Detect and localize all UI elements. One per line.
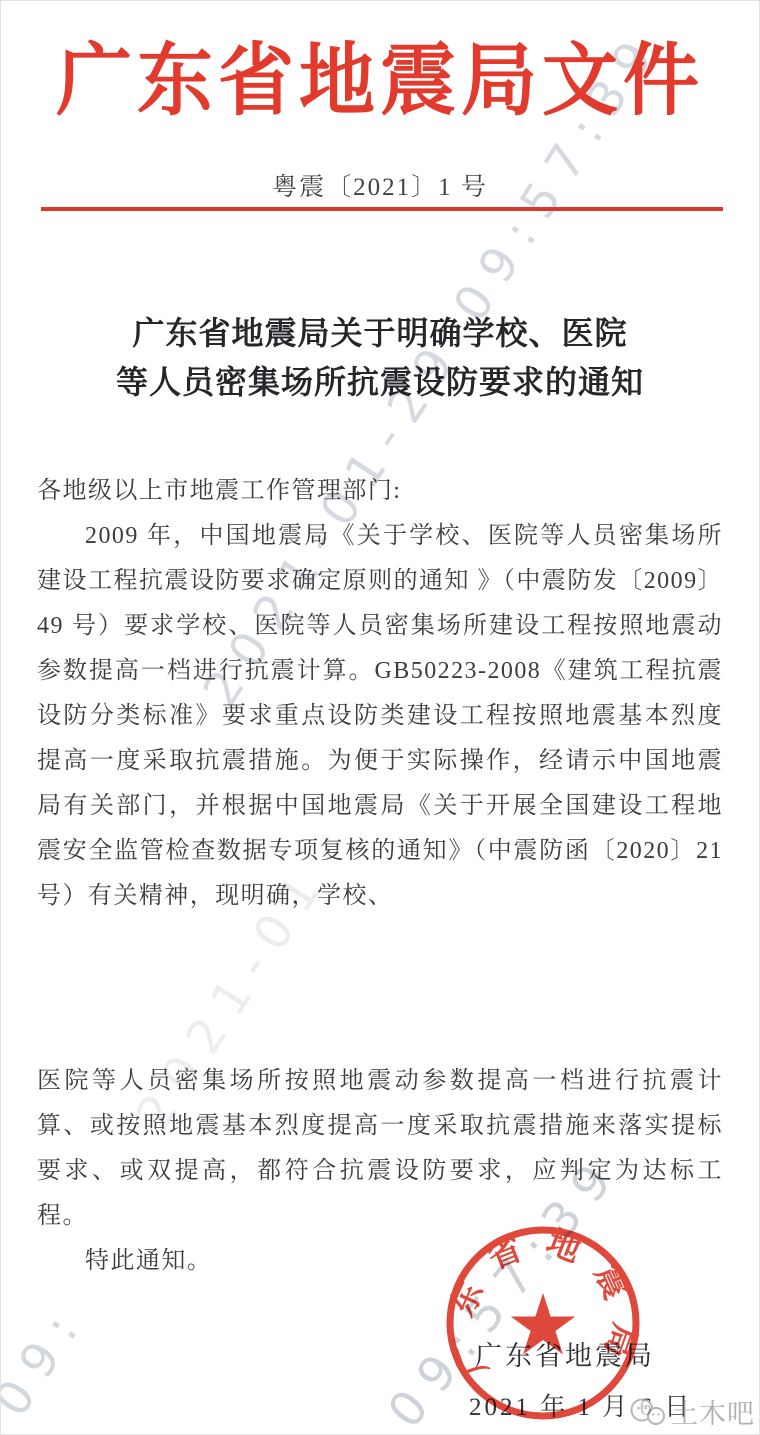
brand-logo: 土木吧 — [629, 1392, 755, 1431]
brand-logo-text: 土木吧 — [671, 1392, 755, 1431]
wechat-chat-bubbles-icon — [629, 1397, 667, 1427]
document-title-line2: 等人员密集场所抗震设防要求的通知 — [1, 358, 759, 407]
document-number: 粤震〔2021〕1 号 — [1, 167, 759, 203]
scan-watermark-corner: 09: — [0, 1293, 97, 1426]
document-title: 广东省地震局关于明确学校、医院 等人员密集场所抗震设防要求的通知 — [1, 309, 759, 407]
letterhead-title: 广东省地震局文件 — [1, 17, 759, 130]
body-paragraph-2: 医院等人员密集场所按照地震动参数提高一档进行抗震计算、或按照地震基本烈度提高一度… — [37, 1059, 723, 1239]
closing-line: 特此通知。 — [37, 1239, 723, 1284]
document-title-line1: 广东省地震局关于明确学校、医院 — [1, 309, 759, 358]
body-paragraph-1: 2009 年，中国地震局《关于学校、医院等人员密集场所建设工程抗震设防要求确定原… — [37, 514, 723, 919]
salutation: 各地级以上市地震工作管理部门: — [37, 469, 723, 514]
page-break-gap — [37, 919, 723, 1059]
document-body: 各地级以上市地震工作管理部门: 2009 年，中国地震局《关于学校、医院等人员密… — [37, 469, 723, 1284]
letterhead-divider — [41, 207, 723, 211]
signer-name: 广东省地震局 — [475, 1334, 655, 1373]
document-page: 2021-01-29 09:57:39 09:57:39 09: 2021-01… — [0, 0, 760, 1435]
